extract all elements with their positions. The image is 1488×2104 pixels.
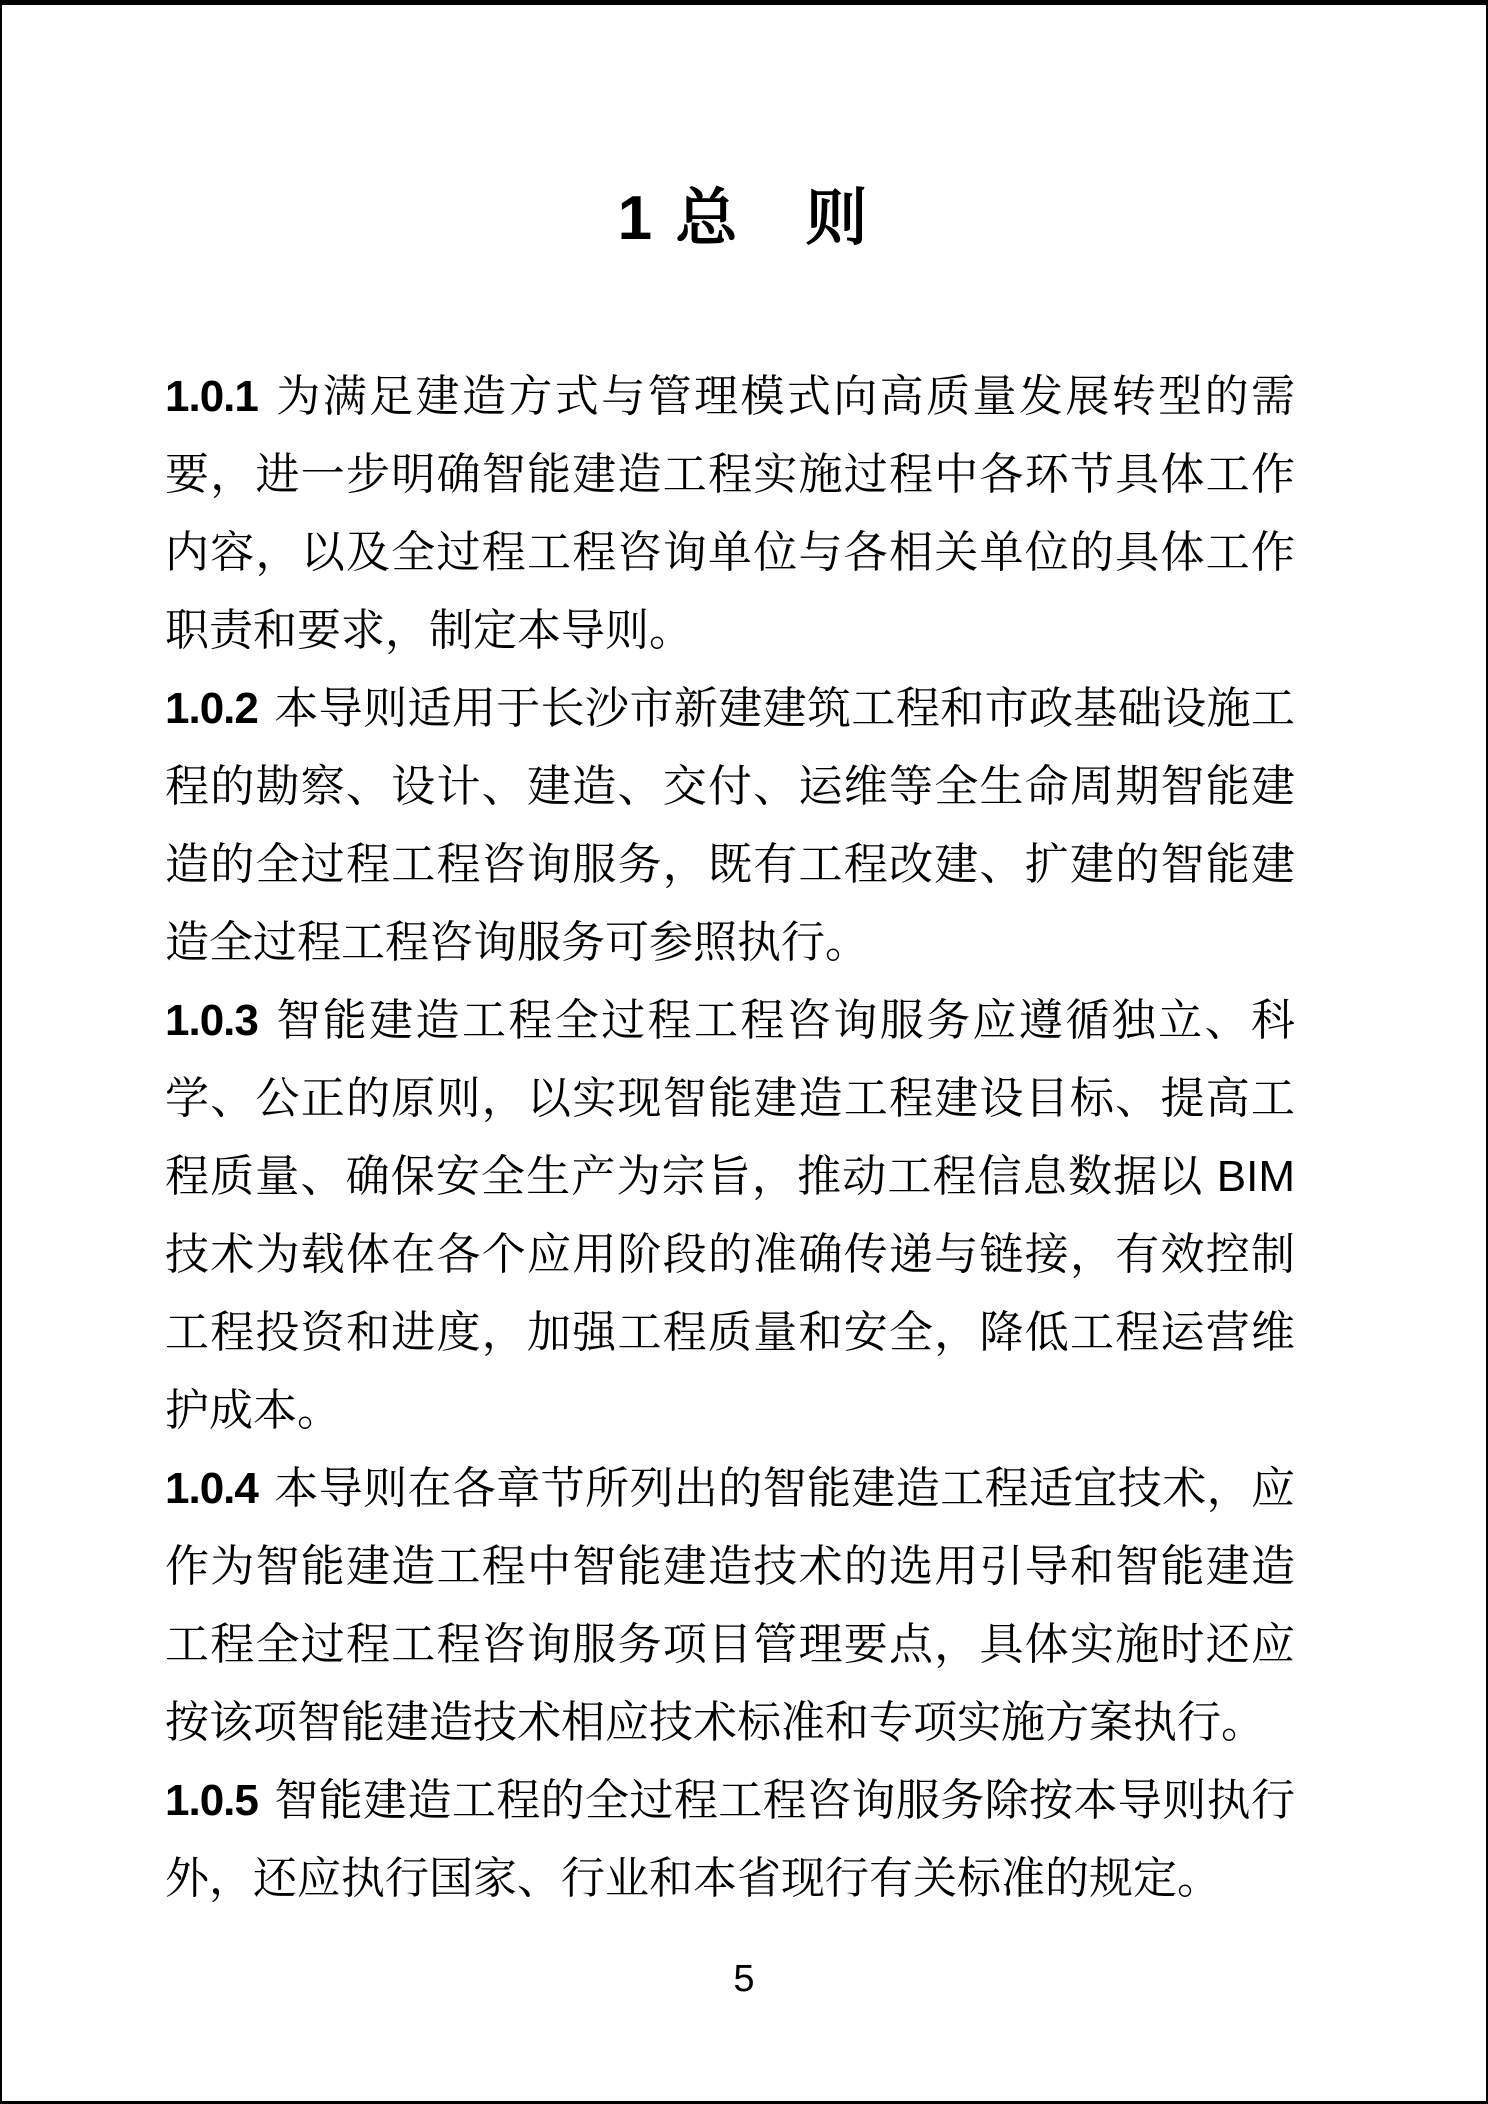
document-page: 1 总 则 1.0.1为满足建造方式与管理模式向高质量发展转型的需要，进一步明确…: [0, 0, 1488, 2104]
clause-number: 1.0.1: [165, 372, 258, 421]
clause-paragraph: 1.0.1为满足建造方式与管理模式向高质量发展转型的需要，进一步明确智能建造工程…: [165, 358, 1295, 670]
document-body: 1.0.1为满足建造方式与管理模式向高质量发展转型的需要，进一步明确智能建造工程…: [165, 358, 1295, 1918]
clause-text: 本导则适用于长沙市新建建筑工程和市政基础设施工程的勘察、设计、建造、交付、运维等…: [165, 684, 1295, 967]
clause-number: 1.0.4: [165, 1464, 258, 1513]
page-title: 1 总 则: [2, 185, 1486, 253]
clause-text: 本导则在各章节所列出的智能建造工程适宜技术，应作为智能建造工程中智能建造技术的选…: [165, 1464, 1295, 1747]
clause-text: 为满足建造方式与管理模式向高质量发展转型的需要，进一步明确智能建造工程实施过程中…: [165, 372, 1295, 655]
clause-number: 1.0.3: [165, 996, 258, 1045]
clause-text: 智能建造工程的全过程工程咨询服务除按本导则执行外，还应执行国家、行业和本省现行有…: [165, 1776, 1295, 1903]
clause-paragraph: 1.0.3智能建造工程全过程工程咨询服务应遵循独立、科学、公正的原则，以实现智能…: [165, 982, 1295, 1450]
clause-number: 1.0.5: [165, 1776, 258, 1825]
clause-paragraph: 1.0.4本导则在各章节所列出的智能建造工程适宜技术，应作为智能建造工程中智能建…: [165, 1450, 1295, 1762]
clause-paragraph: 1.0.2本导则适用于长沙市新建建筑工程和市政基础设施工程的勘察、设计、建造、交…: [165, 670, 1295, 982]
clause-paragraph: 1.0.5智能建造工程的全过程工程咨询服务除按本导则执行外，还应执行国家、行业和…: [165, 1762, 1295, 1918]
clause-text: 智能建造工程全过程工程咨询服务应遵循独立、科学、公正的原则，以实现智能建造工程建…: [165, 996, 1295, 1435]
clause-number: 1.0.2: [165, 684, 258, 733]
page-number: 5: [2, 1957, 1486, 2003]
